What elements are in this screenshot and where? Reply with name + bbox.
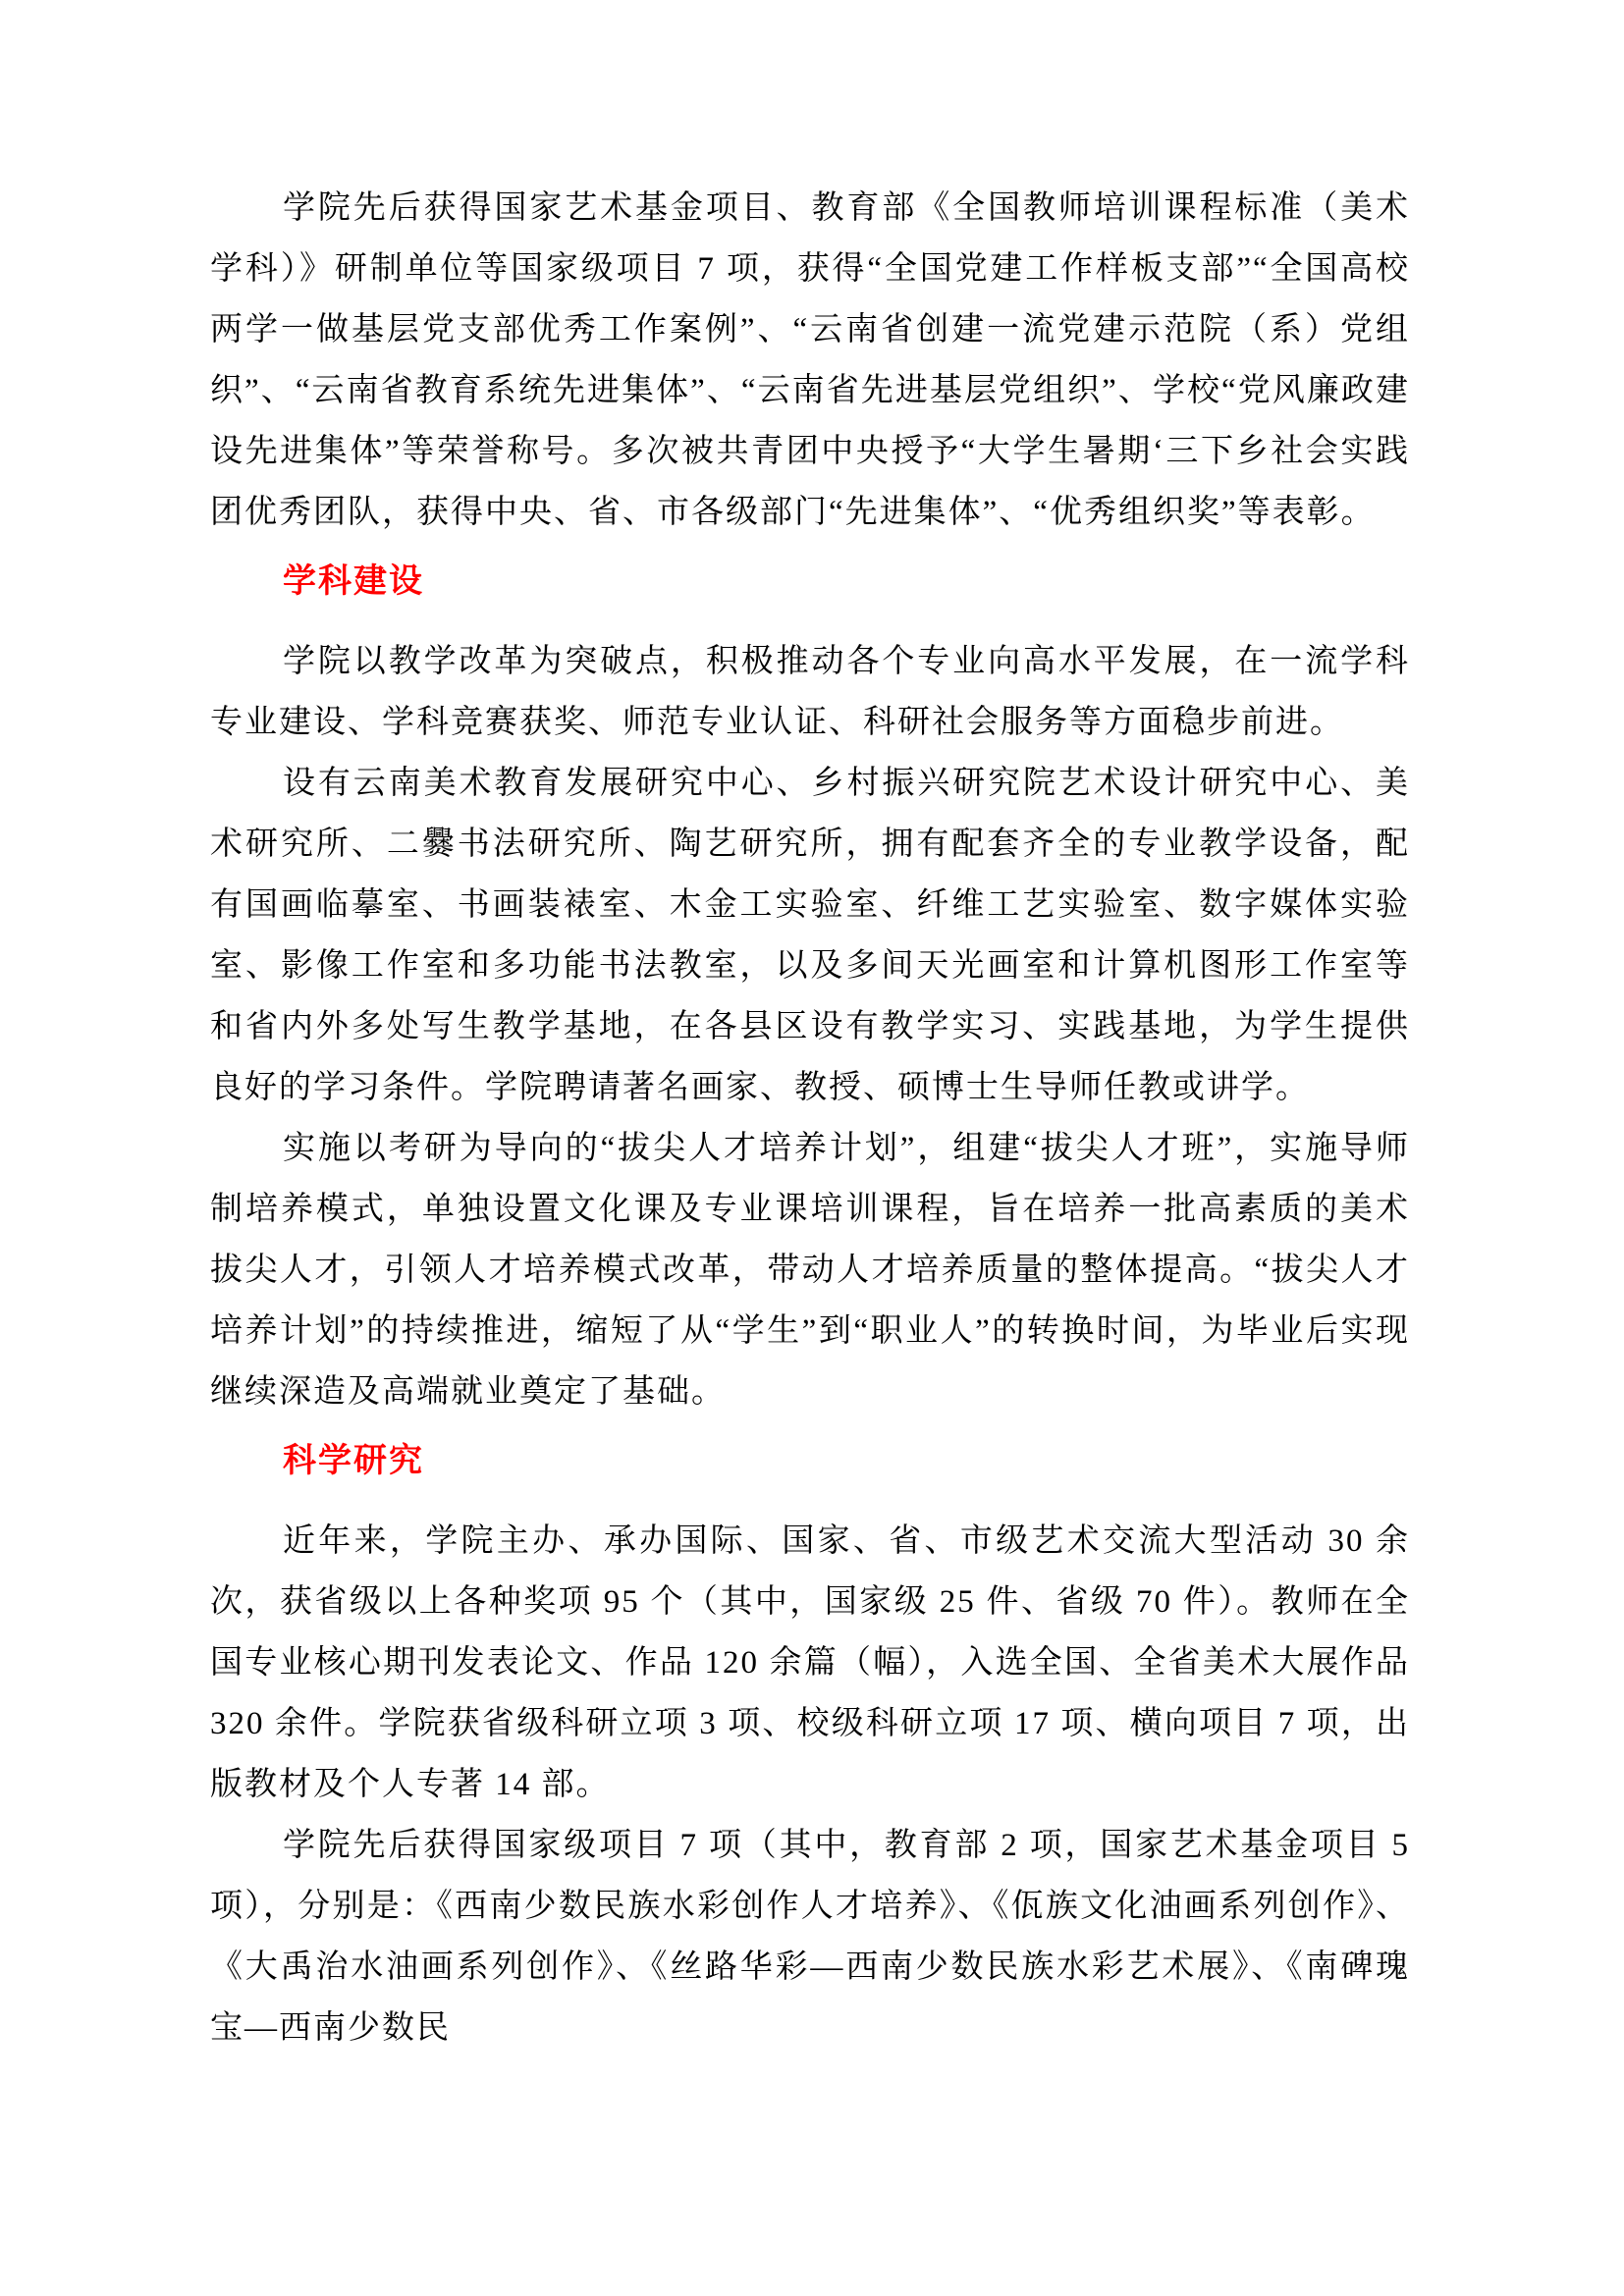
paragraph-national-projects: 学院先后获得国家级项目 7 项（其中，教育部 2 项，国家艺术基金项目 5 项）…: [210, 1815, 1410, 2058]
paragraph-facilities: 设有云南美术教育发展研究中心、乡村振兴研究院艺术设计研究中心、美术研究所、二爨书…: [210, 753, 1410, 1118]
heading-scientific-research: 科学研究: [210, 1430, 1410, 1491]
paragraph-teaching-reform: 学院以教学改革为突破点，积极推动各个专业向高水平发展，在一流学科专业建设、学科竞…: [210, 631, 1410, 753]
heading-discipline-construction: 学科建设: [210, 551, 1410, 612]
document-page: 学院先后获得国家艺术基金项目、教育部《全国教师培训课程标准（美术学科）》研制单位…: [0, 0, 1624, 2296]
paragraph-honors: 学院先后获得国家艺术基金项目、教育部《全国教师培训课程标准（美术学科）》研制单位…: [210, 178, 1410, 543]
paragraph-research-achievements: 近年来，学院主办、承办国际、国家、省、市级艺术交流大型活动 30 余次，获省级以…: [210, 1511, 1410, 1815]
paragraph-top-talent-program: 实施以考研为导向的“拔尖人才培养计划”，组建“拔尖人才班”，实施导师制培养模式，…: [210, 1118, 1410, 1422]
